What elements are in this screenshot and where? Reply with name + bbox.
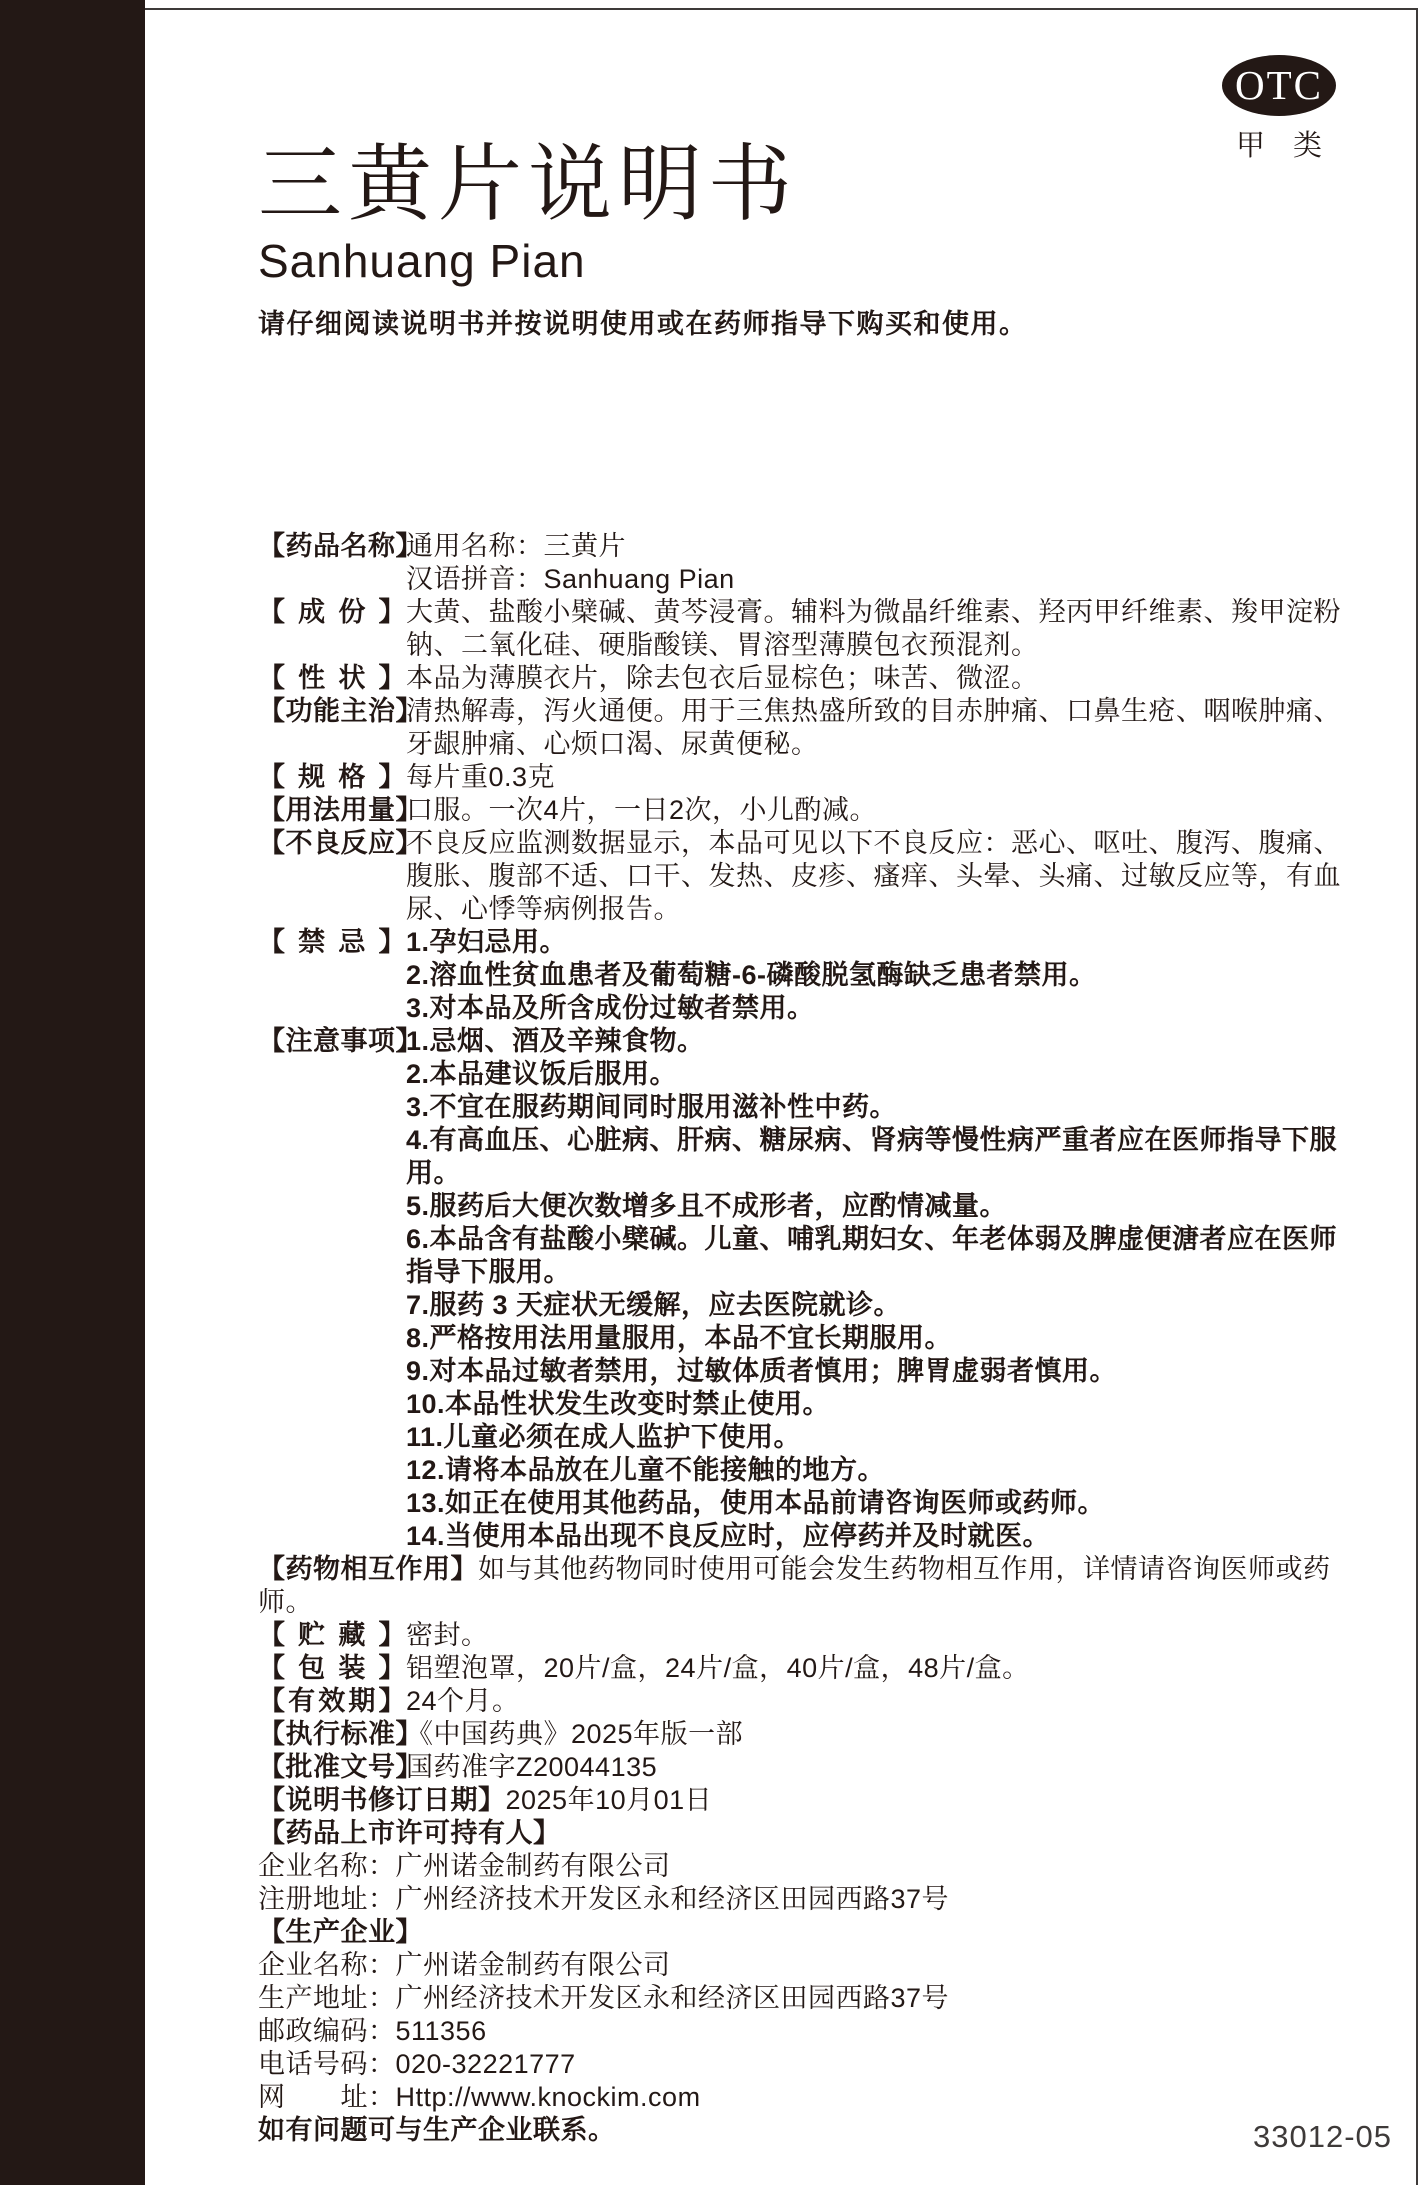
- section-label: 【药品名称】: [258, 530, 406, 563]
- section-content: 口服。一次4片，一日2次，小儿酌减。: [406, 794, 1346, 827]
- section-line: 网 址：Http://www.knockim.com: [258, 2081, 1346, 2114]
- section-line: 如有问题可与生产企业联系。: [258, 2114, 1346, 2147]
- otc-badge-label: OTC: [1235, 61, 1323, 109]
- section-line: 13.如正在使用其他药品，使用本品前请咨询医师或药师。: [406, 1487, 1346, 1520]
- section-line: 24个月。: [406, 1685, 1346, 1718]
- section-line: 通用名称：三黄片: [406, 530, 1346, 563]
- section-line: 1.孕妇忌用。: [406, 926, 1346, 959]
- section-line: 11.儿童必须在成人监护下使用。: [406, 1421, 1346, 1454]
- section-line: 6.本品含有盐酸小檗碱。儿童、哺乳期妇女、年老体弱及脾虚便溏者应在医师指导下服用…: [406, 1223, 1346, 1289]
- section-row: 【功能主治】清热解毒，泻火通便。用于三焦热盛所致的目赤肿痛、口鼻生疮、咽喉肿痛、…: [258, 695, 1346, 761]
- usage-notice: 请仔细阅读说明书并按说明使用或在药师指导下购买和使用。: [258, 302, 1028, 341]
- section-label: 【药物相互作用】: [258, 1554, 478, 1584]
- body-sections: 【药品名称】通用名称：三黄片汉语拼音：Sanhuang Pian【成份】大黄、盐…: [258, 530, 1346, 2147]
- section-line: 不良反应监测数据显示，本品可见以下不良反应：恶心、呕吐、腹泻、腹痛、腹胀、腹部不…: [406, 827, 1346, 926]
- section-row: 【说明书修订日期】2025年10月01日: [258, 1784, 1346, 1817]
- section-line: 《中国药典》2025年版一部: [406, 1718, 1346, 1751]
- section-line: 2.本品建议饭后服用。: [406, 1058, 1346, 1091]
- section-label: 【批准文号】: [258, 1751, 406, 1784]
- section-line: 4.有高血压、心脏病、肝病、糖尿病、肾病等慢性病严重者应在医师指导下服用。: [406, 1124, 1346, 1190]
- section-label: 【性状】: [258, 662, 406, 695]
- section-line: 邮政编码：511356: [258, 2015, 1346, 2048]
- section-content: 国药准字Z20044135: [406, 1751, 1346, 1784]
- section-line: 3.对本品及所含成份过敏者禁用。: [406, 992, 1346, 1025]
- section-row: 【不良反应】不良反应监测数据显示，本品可见以下不良反应：恶心、呕吐、腹泻、腹痛、…: [258, 827, 1346, 926]
- section-line: 2025年10月01日: [506, 1785, 713, 1815]
- section-row: 【包装】铝塑泡罩，20片/盒，24片/盒，40片/盒，48片/盒。: [258, 1652, 1346, 1685]
- section-line: 企业名称：广州诺金制药有限公司: [258, 1850, 1346, 1883]
- section-line: 14.当使用本品出现不良反应时，应停药并及时就医。: [406, 1520, 1346, 1553]
- section-content: 1.孕妇忌用。2.溶血性贫血患者及葡萄糖-6-磷酸脱氢酶缺乏患者禁用。3.对本品…: [406, 926, 1346, 1025]
- section-row: 【执行标准】《中国药典》2025年版一部: [258, 1718, 1346, 1751]
- section-line: 本品为薄膜衣片，除去包衣后显棕色；味苦、微涩。: [406, 662, 1346, 695]
- section-line: 2.溶血性贫血患者及葡萄糖-6-磷酸脱氢酶缺乏患者禁用。: [406, 959, 1346, 992]
- section-row: 【禁忌】1.孕妇忌用。2.溶血性贫血患者及葡萄糖-6-磷酸脱氢酶缺乏患者禁用。3…: [258, 926, 1346, 1025]
- section-row: 【贮藏】密封。: [258, 1619, 1346, 1652]
- section-content: 每片重0.3克: [406, 761, 1346, 794]
- left-edge-bar: [0, 0, 145, 2185]
- section-row: 【用法用量】口服。一次4片，一日2次，小儿酌减。: [258, 794, 1346, 827]
- section-line: 5.服药后大便次数增多且不成形者，应酌情减量。: [406, 1190, 1346, 1223]
- section-row: 【药品名称】通用名称：三黄片汉语拼音：Sanhuang Pian: [258, 530, 1346, 596]
- page-title: 三黄片说明书: [258, 140, 1028, 228]
- section-line: 7.服药 3 天症状无缓解，应去医院就诊。: [406, 1289, 1346, 1322]
- section-label: 【成份】: [258, 596, 406, 629]
- section-line: 9.对本品过敏者禁用，过敏体质者慎用；脾胃虚弱者慎用。: [406, 1355, 1346, 1388]
- section-row: 【成份】大黄、盐酸小檗碱、黄芩浸膏。辅料为微晶纤维素、羟丙甲纤维素、羧甲淀粉钠、…: [258, 596, 1346, 662]
- section-line: 国药准字Z20044135: [406, 1751, 1346, 1784]
- section-content: 大黄、盐酸小檗碱、黄芩浸膏。辅料为微晶纤维素、羟丙甲纤维素、羧甲淀粉钠、二氧化硅…: [406, 596, 1346, 662]
- section-label: 【功能主治】: [258, 695, 406, 728]
- package-insert-page: OTC 甲 类 三黄片说明书 Sanhuang Pian 请仔细阅读说明书并按说…: [0, 0, 1426, 2185]
- page-title-pinyin: Sanhuang Pian: [258, 234, 1028, 288]
- section-label: 【有效期】: [258, 1685, 406, 1718]
- section-line: 口服。一次4片，一日2次，小儿酌减。: [406, 794, 1346, 827]
- section-label: 【禁忌】: [258, 926, 406, 959]
- section-line: 清热解毒，泻火通便。用于三焦热盛所致的目赤肿痛、口鼻生疮、咽喉肿痛、牙龈肿痛、心…: [406, 695, 1346, 761]
- otc-block: OTC 甲 类: [1218, 55, 1340, 164]
- footer-code: 33012-05: [1253, 2119, 1392, 2155]
- section-line: 注册地址：广州经济技术开发区永和经济区田园西路37号: [258, 1883, 1346, 1916]
- section-line: 铝塑泡罩，20片/盒，24片/盒，40片/盒，48片/盒。: [406, 1652, 1346, 1685]
- section-row: 【注意事项】1.忌烟、酒及辛辣食物。2.本品建议饭后服用。3.不宜在服药期间同时…: [258, 1025, 1346, 1553]
- section-content: 1.忌烟、酒及辛辣食物。2.本品建议饭后服用。3.不宜在服药期间同时服用滋补性中…: [406, 1025, 1346, 1553]
- section-line: 大黄、盐酸小檗碱、黄芩浸膏。辅料为微晶纤维素、羟丙甲纤维素、羧甲淀粉钠、二氧化硅…: [406, 596, 1346, 662]
- section-line: 密封。: [406, 1619, 1346, 1652]
- section-line: 汉语拼音：Sanhuang Pian: [406, 563, 1346, 596]
- section-content: 通用名称：三黄片汉语拼音：Sanhuang Pian: [406, 530, 1346, 596]
- section-label: 【用法用量】: [258, 794, 406, 827]
- section-row: 【规格】每片重0.3克: [258, 761, 1346, 794]
- section-row: 【批准文号】国药准字Z20044135: [258, 1751, 1346, 1784]
- section-row: 【药物相互作用】如与其他药物同时使用可能会发生药物相互作用，详情请咨询医师或药师…: [258, 1553, 1346, 1619]
- section-line: 3.不宜在服药期间同时服用滋补性中药。: [406, 1091, 1346, 1124]
- section-content: 24个月。: [406, 1685, 1346, 1718]
- section-heading: 【生产企业】: [258, 1916, 1346, 1949]
- section-content: 不良反应监测数据显示，本品可见以下不良反应：恶心、呕吐、腹泻、腹痛、腹胀、腹部不…: [406, 827, 1346, 926]
- section-line: 每片重0.3克: [406, 761, 1346, 794]
- section-label: 【贮藏】: [258, 1619, 406, 1652]
- section-label: 【执行标准】: [258, 1718, 406, 1751]
- section-content: 清热解毒，泻火通便。用于三焦热盛所致的目赤肿痛、口鼻生疮、咽喉肿痛、牙龈肿痛、心…: [406, 695, 1346, 761]
- section-label: 【注意事项】: [258, 1025, 406, 1058]
- section-line: 生产地址：广州经济技术开发区永和经济区田园西路37号: [258, 1982, 1346, 2015]
- section-row: 【有效期】24个月。: [258, 1685, 1346, 1718]
- section-line: 12.请将本品放在儿童不能接触的地方。: [406, 1454, 1346, 1487]
- section-line: 电话号码：020-32221777: [258, 2048, 1346, 2081]
- otc-class-label: 甲 类: [1218, 123, 1340, 164]
- section-label: 【不良反应】: [258, 827, 406, 860]
- section-content: 《中国药典》2025年版一部: [406, 1718, 1346, 1751]
- section-label: 【说明书修订日期】: [258, 1785, 506, 1815]
- section-line: 8.严格按用法用量服用，本品不宜长期服用。: [406, 1322, 1346, 1355]
- section-line: 企业名称：广州诺金制药有限公司: [258, 1949, 1346, 1982]
- section-row: 【性状】本品为薄膜衣片，除去包衣后显棕色；味苦、微涩。: [258, 662, 1346, 695]
- section-content: 密封。: [406, 1619, 1346, 1652]
- section-line: 1.忌烟、酒及辛辣食物。: [406, 1025, 1346, 1058]
- section-content: 本品为薄膜衣片，除去包衣后显棕色；味苦、微涩。: [406, 662, 1346, 695]
- section-label: 【包装】: [258, 1652, 406, 1685]
- title-block: 三黄片说明书 Sanhuang Pian 请仔细阅读说明书并按说明使用或在药师指…: [258, 140, 1028, 341]
- section-heading: 【药品上市许可持有人】: [258, 1817, 1346, 1850]
- section-content: 铝塑泡罩，20片/盒，24片/盒，40片/盒，48片/盒。: [406, 1652, 1346, 1685]
- section-label: 【规格】: [258, 761, 406, 794]
- otc-badge: OTC: [1222, 55, 1336, 116]
- section-line: 10.本品性状发生改变时禁止使用。: [406, 1388, 1346, 1421]
